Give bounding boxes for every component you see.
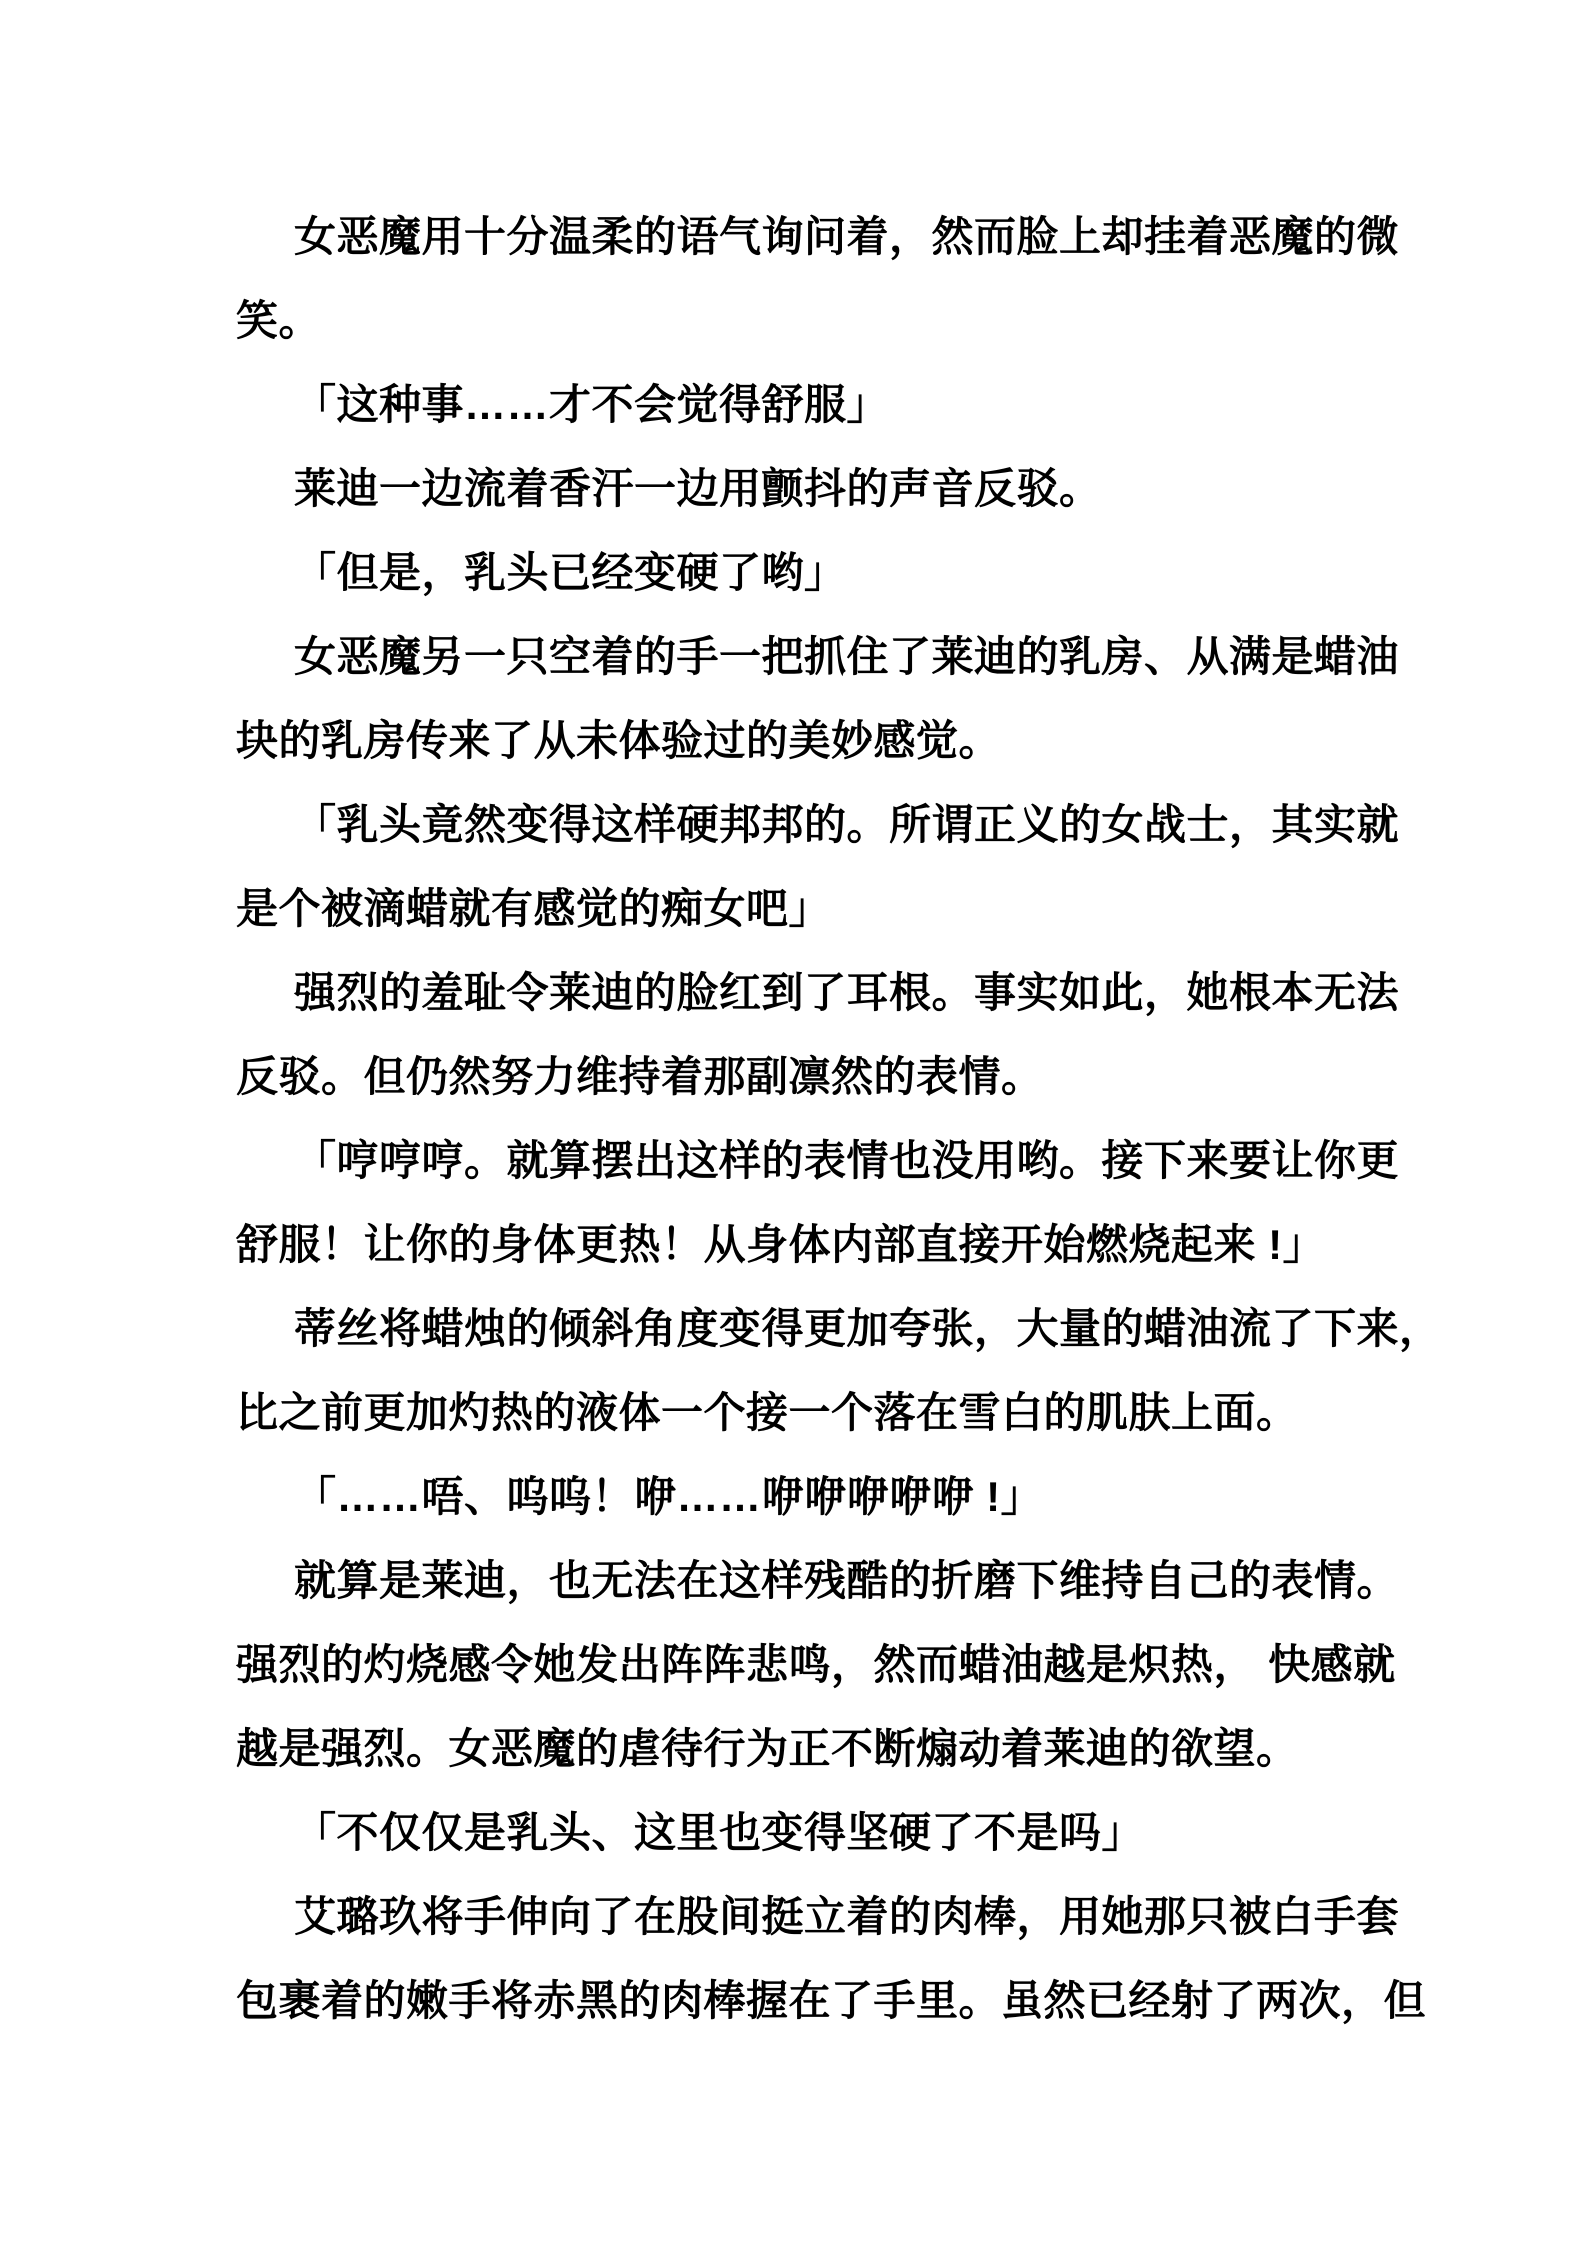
text-line: 是个被滴蜡就有感觉的痴女吧」 (236, 867, 1486, 951)
text-line: 强烈的灼烧感令她发出阵阵悲鸣，然而蜡油越是炽热， 快感就 (236, 1623, 1486, 1707)
text-line: 「这种事……才不会觉得舒服」 (236, 363, 1486, 447)
text-line: 强烈的羞耻令莱迪的脸红到了耳根。事实如此，她根本无法 (236, 951, 1486, 1035)
text-line: 「哼哼哼。就算摆出这样的表情也没用哟。接下来要让你更 (236, 1119, 1486, 1203)
text-line: 块的乳房传来了从未体验过的美妙感觉。 (236, 699, 1486, 783)
text-line: 包裹着的嫩手将赤黑的肉棒握在了手里。虽然已经射了两次，但 (236, 1959, 1486, 2043)
text-line: 反驳。但仍然努力维持着那副凛然的表情。 (236, 1035, 1486, 1119)
text-line: 女恶魔另一只空着的手一把抓住了莱迪的乳房、从满是蜡油 (236, 615, 1486, 699)
document-page: 女恶魔用十分温柔的语气询问着，然而脸上却挂着恶魔的微笑。「这种事……才不会觉得舒… (0, 0, 1587, 2245)
text-line: 女恶魔用十分温柔的语气询问着，然而脸上却挂着恶魔的微 (236, 195, 1486, 279)
text-line: 舒服！让你的身体更热！从身体内部直接开始燃烧起来 !」 (236, 1203, 1486, 1287)
text-line: 蒂丝将蜡烛的倾斜角度变得更加夸张，大量的蜡油流了下来， (236, 1287, 1486, 1371)
text-line: 「乳头竟然变得这样硬邦邦的。所谓正义的女战士，其实就 (236, 783, 1486, 867)
text-line: 「不仅仅是乳头、这里也变得坚硬了不是吗」 (236, 1791, 1486, 1875)
text-block: 女恶魔用十分温柔的语气询问着，然而脸上却挂着恶魔的微笑。「这种事……才不会觉得舒… (236, 195, 1486, 2043)
text-line: 比之前更加灼热的液体一个接一个落在雪白的肌肤上面。 (236, 1371, 1486, 1455)
text-line: 艾璐玖将手伸向了在股间挺立着的肉棒，用她那只被白手套 (236, 1875, 1486, 1959)
text-line: 笑。 (236, 279, 1486, 363)
text-line: 「……唔、呜呜！咿……咿咿咿咿咿 !」 (236, 1455, 1486, 1539)
text-line: 就算是莱迪，也无法在这样残酷的折磨下维持自己的表情。 (236, 1539, 1486, 1623)
text-line: 莱迪一边流着香汗一边用颤抖的声音反驳。 (236, 447, 1486, 531)
text-line: 「但是，乳头已经变硬了哟」 (236, 531, 1486, 615)
text-line: 越是强烈。女恶魔的虐待行为正不断煽动着莱迪的欲望。 (236, 1707, 1486, 1791)
